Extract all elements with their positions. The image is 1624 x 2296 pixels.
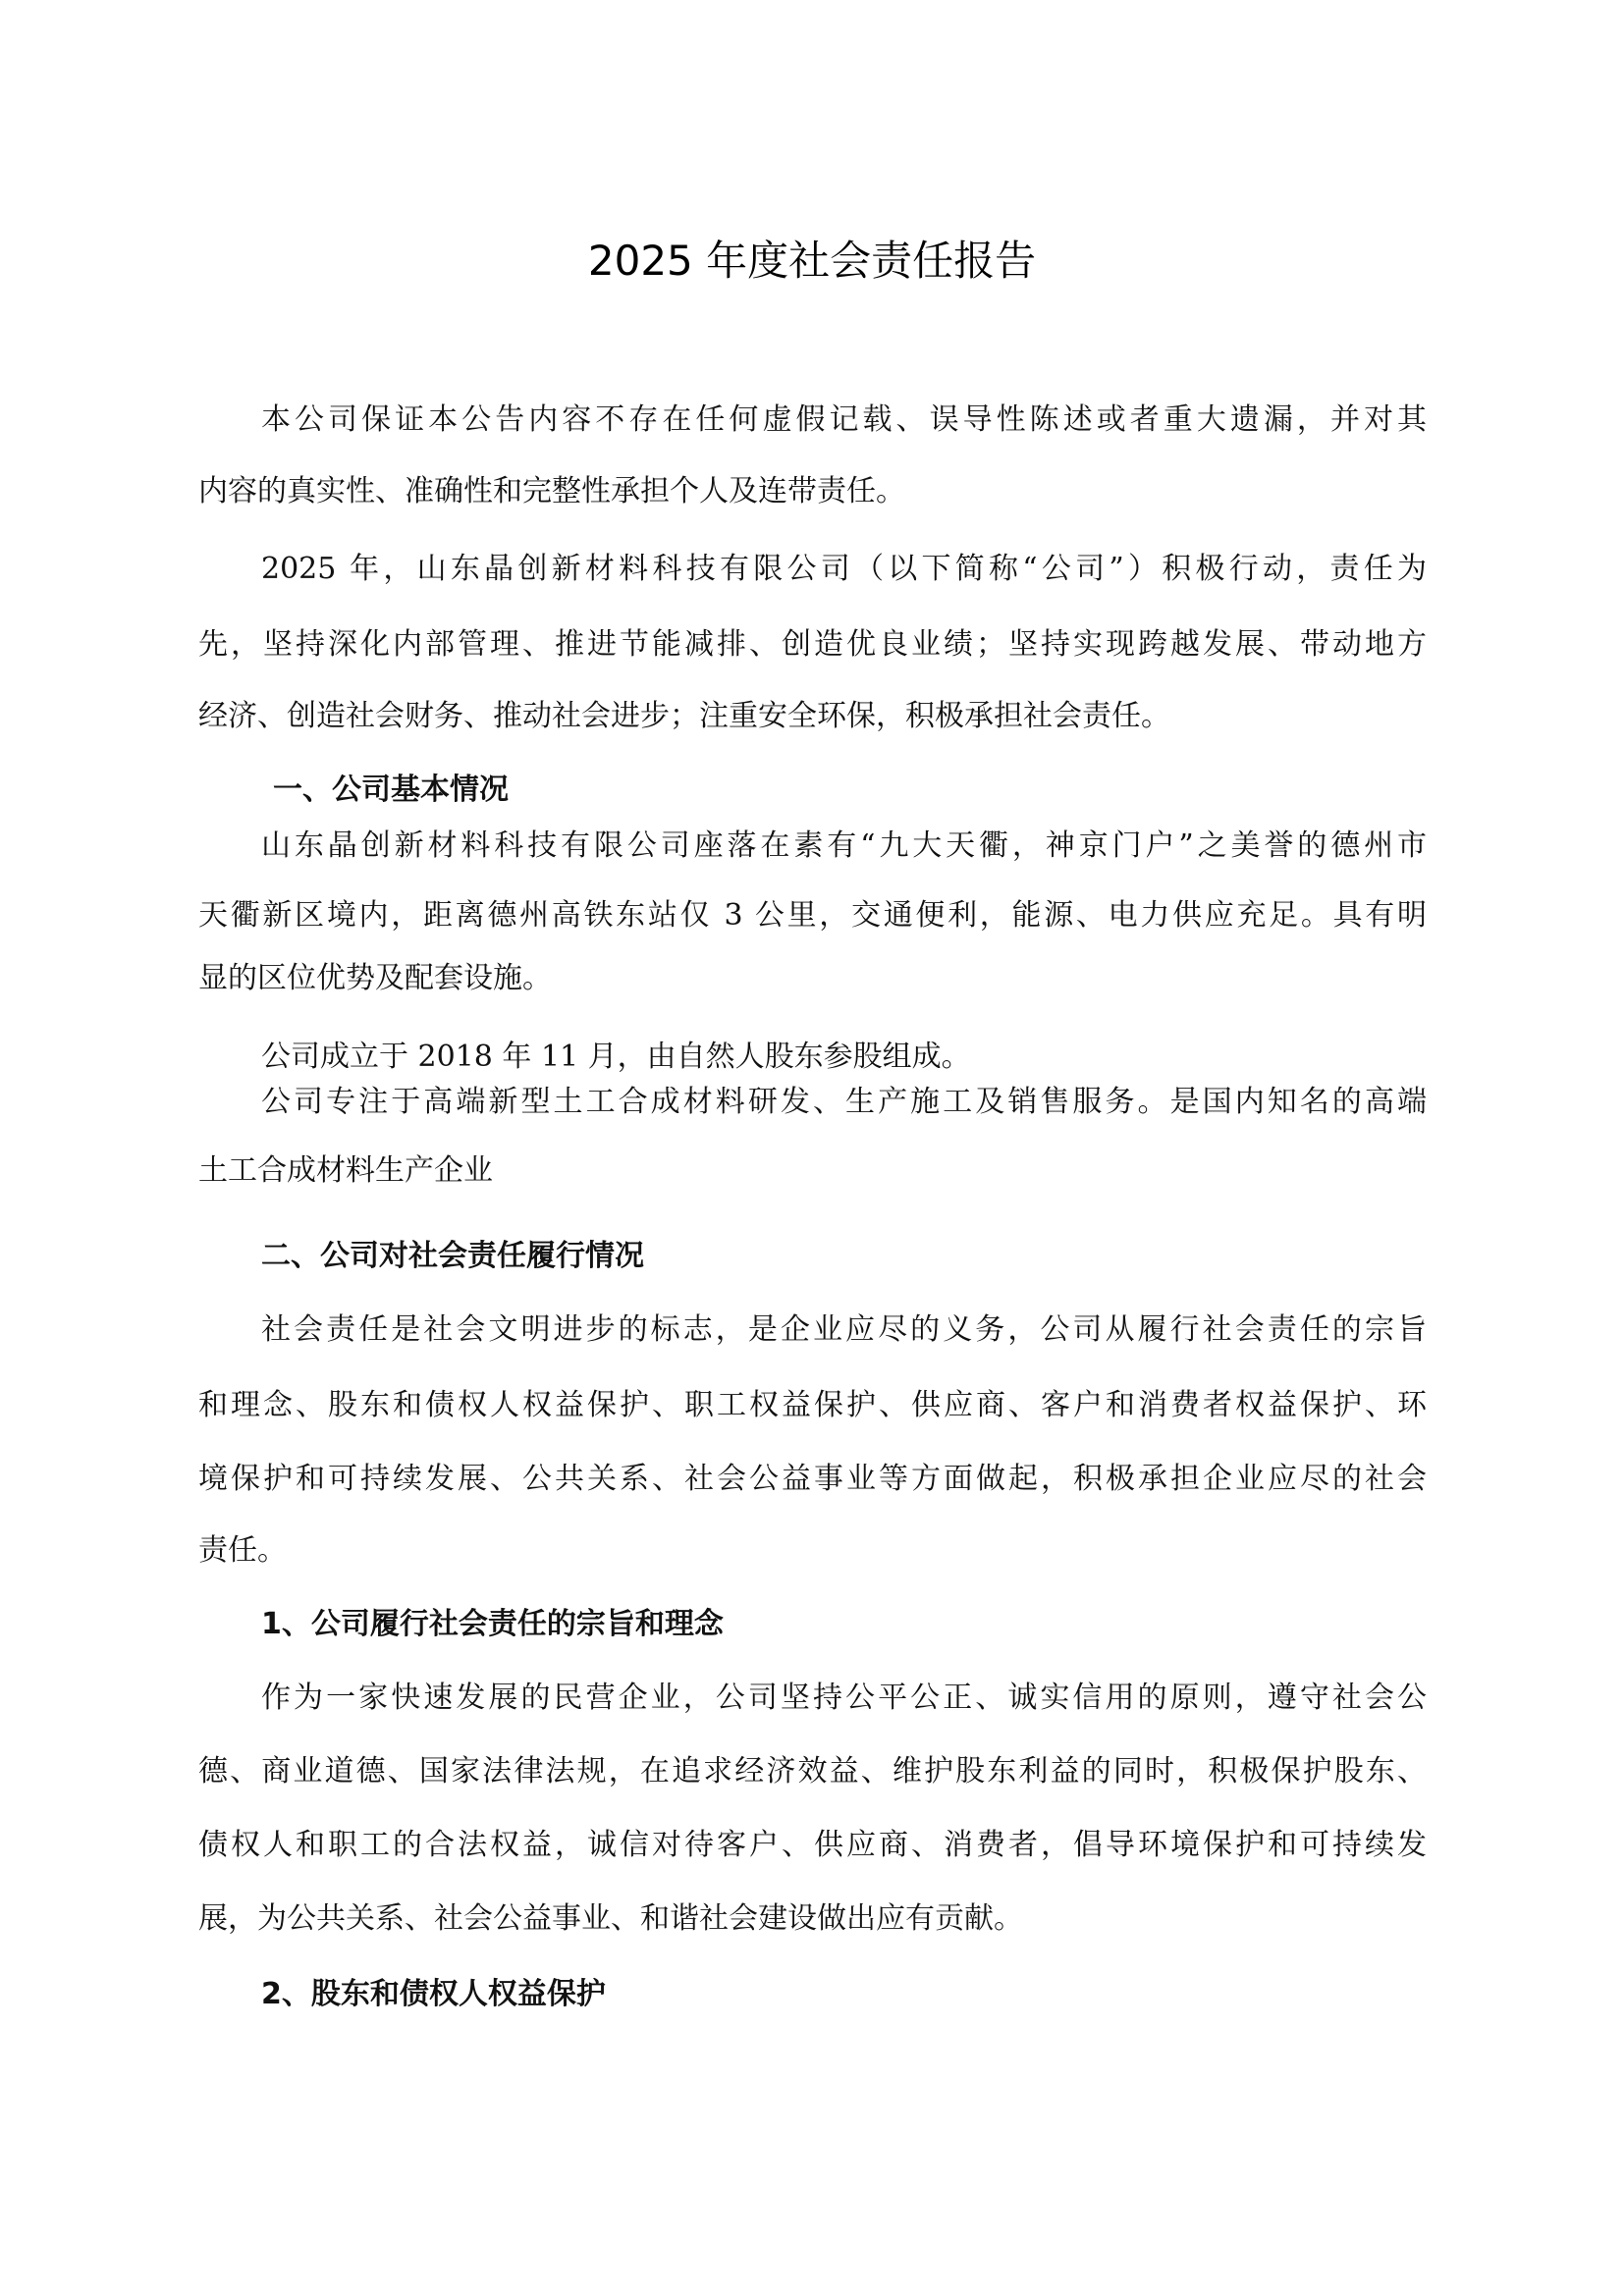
paragraph-line: 债权人和职工的合法权益，诚信对待客户、供应商、消费者，倡导环境保护和可持续发 xyxy=(198,1824,1427,1867)
section-heading-1: 一、公司基本情况 xyxy=(273,769,509,812)
subsection-heading-2: 2、股东和债权人权益保护 xyxy=(261,1973,606,2016)
paragraph-line: 本公司保证本公告内容不存在任何虚假记载、误导性陈述或者重大遗漏，并对其 xyxy=(261,399,1427,442)
page-title: 2025 年度社会责任报告 xyxy=(0,234,1624,289)
paragraph-line: 经济、创造社会财务、推动社会进步；注重安全环保，积极承担社会责任。 xyxy=(198,695,1170,738)
paragraph-line: 公司成立于 2018 年 11 月，由自然人股东参股组成。 xyxy=(261,1036,971,1079)
paragraph-line: 境保护和可持续发展、公共关系、社会公益事业等方面做起，积极承担企业应尽的社会 xyxy=(198,1458,1427,1501)
paragraph-line: 天衢新区境内，距离德州高铁东站仅 3 公里，交通便利，能源、电力供应充足。具有明 xyxy=(198,894,1427,937)
paragraph-line: 先，坚持深化内部管理、推进节能减排、创造优良业绩；坚持实现跨越发展、带动地方 xyxy=(198,623,1427,667)
paragraph-line: 作为一家快速发展的民营企业，公司坚持公平公正、诚实信用的原则，遵守社会公 xyxy=(261,1677,1427,1720)
paragraph-line: 显的区位优势及配套设施。 xyxy=(198,957,552,1000)
paragraph-line: 展，为公共关系、社会公益事业、和谐社会建设做出应有贡献。 xyxy=(198,1897,1023,1941)
paragraph-line: 社会责任是社会文明进步的标志，是企业应尽的义务，公司从履行社会责任的宗旨 xyxy=(261,1308,1427,1352)
paragraph-line: 山东晶创新材料科技有限公司座落在素有“九大天衢，神京门户”之美誉的德州市 xyxy=(261,825,1427,868)
paragraph-line: 责任。 xyxy=(198,1529,287,1573)
paragraph-line: 公司专注于高端新型土工合成材料研发、生产施工及销售服务。是国内知名的高端 xyxy=(261,1081,1427,1124)
paragraph-line: 内容的真实性、准确性和完整性承担个人及连带责任。 xyxy=(198,470,905,513)
paragraph-line: 土工合成材料生产企业 xyxy=(198,1149,493,1193)
section-heading-2: 二、公司对社会责任履行情况 xyxy=(261,1235,644,1278)
document-page: 2025 年度社会责任报告 本公司保证本公告内容不存在任何虚假记载、误导性陈述或… xyxy=(0,0,1624,2296)
paragraph-line: 2025 年，山东晶创新材料科技有限公司（以下简称“公司”）积极行动，责任为 xyxy=(261,548,1427,591)
subsection-heading-1: 1、公司履行社会责任的宗旨和理念 xyxy=(261,1603,724,1646)
paragraph-line: 德、商业道德、国家法律法规，在追求经济效益、维护股东利益的同时，积极保护股东、 xyxy=(198,1750,1427,1793)
paragraph-line: 和理念、股东和债权人权益保护、职工权益保护、供应商、客户和消费者权益保护、环 xyxy=(198,1384,1427,1427)
